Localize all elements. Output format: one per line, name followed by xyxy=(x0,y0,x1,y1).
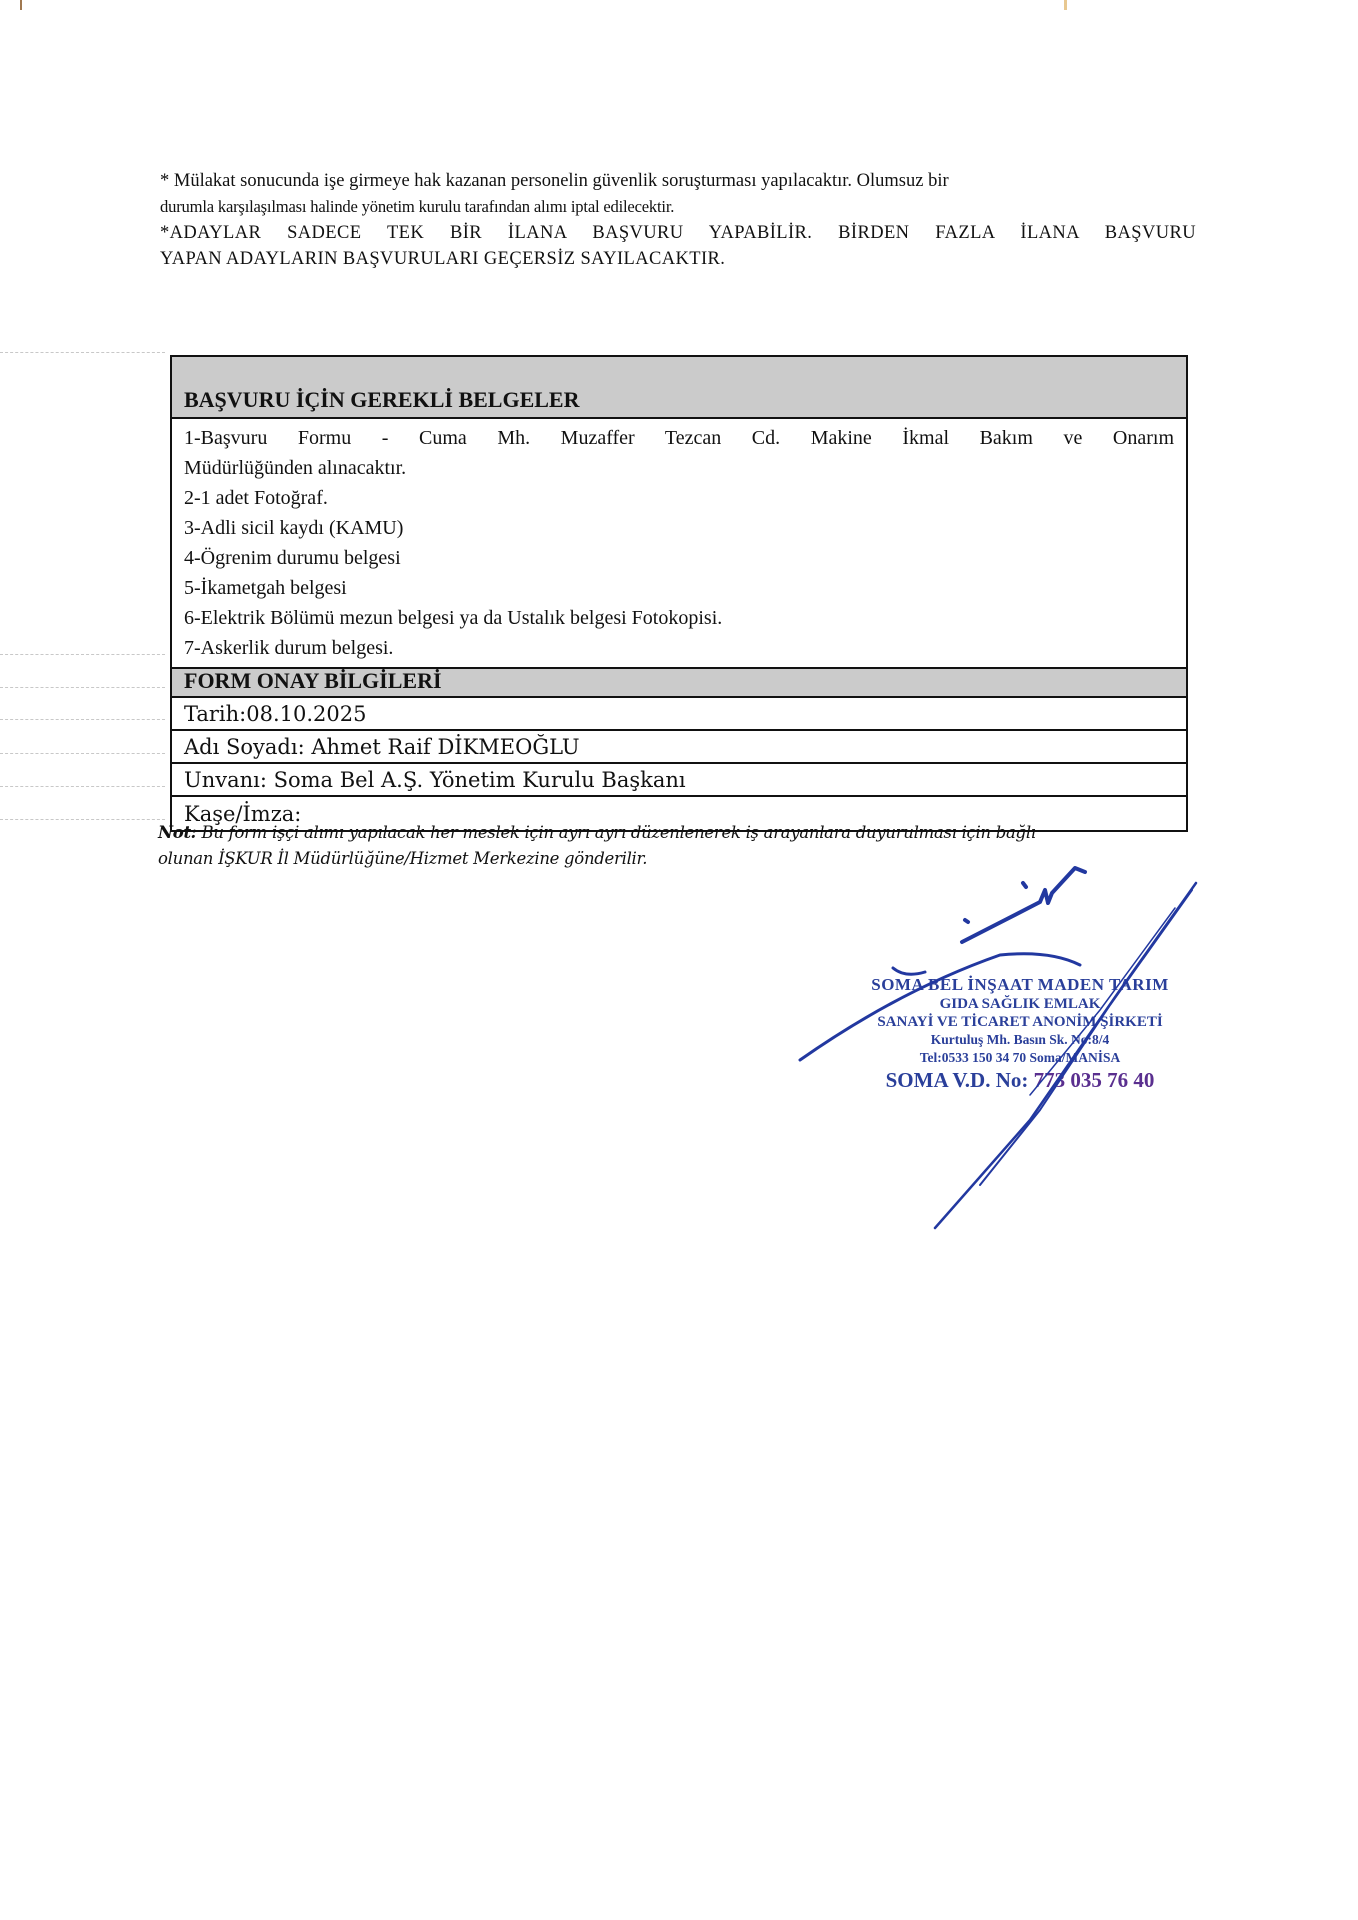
single-application-note-cont: YAPAN ADAYLARIN BAŞVURULARI GEÇERSİZ SAY… xyxy=(160,246,1196,272)
scan-artifact-line xyxy=(0,786,165,787)
list-item: 7-Askerlik durum belgesi. xyxy=(184,633,1174,663)
approval-name-row: Adı Soyadı: Ahmet Raif DİKMEOĞLU xyxy=(172,731,1186,764)
footnote-text-cont: olunan İŞKUR İl Müdürlüğüne/Hizmet Merke… xyxy=(158,849,647,868)
notes-section: * Mülakat sonucunda işe girmeye hak kaza… xyxy=(160,168,1196,272)
approval-date-row: Tarih:08.10.2025 xyxy=(172,698,1186,731)
scan-artifact-line xyxy=(0,819,165,820)
security-note: * Mülakat sonucunda işe girmeye hak kaza… xyxy=(160,168,1196,194)
list-item: 2-1 adet Fotoğraf. xyxy=(184,483,1174,513)
stamp-address: Kurtuluş Mh. Basın Sk. No:8/4 xyxy=(830,1031,1210,1049)
list-item: Müdürlüğünden alınacaktır. xyxy=(184,453,1174,483)
company-stamp: SOMA BEL İNŞAAT MADEN TARIM GIDA SAĞLIK … xyxy=(830,975,1210,1093)
list-item: 5-İkametgah belgesi xyxy=(184,573,1174,603)
documents-table: BAŞVURU İÇİN GEREKLİ BELGELER 1-Başvuru … xyxy=(170,355,1188,832)
scan-artifact-line xyxy=(0,753,165,754)
security-note-cont: durumla karşılaşılması halinde yönetim k… xyxy=(160,194,1196,220)
approval-title-row: Unvanı: Soma Bel A.Ş. Yönetim Kurulu Baş… xyxy=(172,764,1186,797)
list-item: 4-Ögrenim durumu belgesi xyxy=(184,543,1174,573)
scan-edge-mark xyxy=(1064,0,1067,10)
stamp-tax-number: SOMA V.D. No: 773 035 76 40 xyxy=(830,1067,1210,1093)
list-item: 3-Adli sicil kaydı (KAMU) xyxy=(184,513,1174,543)
scan-artifact-line xyxy=(0,654,165,655)
footnote: Not: Bu form işçi alımı yapılacak her me… xyxy=(158,820,1198,872)
stamp-line: SOMA BEL İNŞAAT MADEN TARIM xyxy=(830,975,1210,995)
stamp-phone: Tel:0533 150 34 70 Soma/MANİSA xyxy=(830,1049,1210,1067)
stamp-tax-label: SOMA V.D. No: xyxy=(886,1068,1034,1092)
single-application-note: *ADAYLAR SADECE TEK BİR İLANA BAŞVURU YA… xyxy=(160,220,1196,246)
stamp-tax-value: 773 035 76 40 xyxy=(1034,1068,1155,1092)
scan-artifact-line xyxy=(0,687,165,688)
scan-edge-mark xyxy=(20,0,22,10)
required-docs-heading: BAŞVURU İÇİN GEREKLİ BELGELER xyxy=(172,357,1186,419)
list-item: 1-Başvuru Formu - Cuma Mh. Muzaffer Tezc… xyxy=(184,423,1174,453)
list-item: 6-Elektrik Bölümü mezun belgesi ya da Us… xyxy=(184,603,1174,633)
footnote-text: Bu form işçi alımı yapılacak her meslek … xyxy=(197,823,1036,842)
scan-artifact-line xyxy=(0,719,165,720)
stamp-line: GIDA SAĞLIK EMLAK xyxy=(830,995,1210,1013)
signature-icon xyxy=(0,0,1358,1920)
stamp-line: SANAYİ VE TİCARET ANONİM ŞİRKETİ xyxy=(830,1013,1210,1031)
footnote-label: Not: xyxy=(158,823,197,842)
required-docs-list: 1-Başvuru Formu - Cuma Mh. Muzaffer Tezc… xyxy=(172,419,1186,667)
scan-artifact-line xyxy=(0,352,165,353)
form-approval-heading: FORM ONAY BİLGİLERİ xyxy=(172,667,1186,698)
